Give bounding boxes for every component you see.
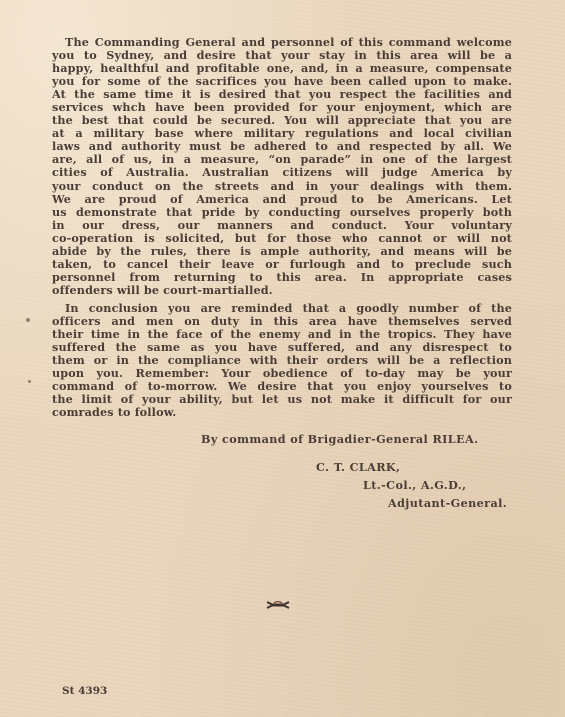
text-line: abide by the rules, there is ample autho… (52, 245, 512, 258)
printer-ornament-icon (265, 598, 291, 612)
text-line: co-operation is solicited, but for those… (52, 232, 512, 245)
signature-name: C. T. CLARK, (316, 460, 400, 474)
text-line: us demonstrate that pride by conducting … (52, 206, 512, 219)
paragraph-welcome: The Commanding General and personnel of … (52, 36, 512, 297)
signature-command-line: By command of Brigadier-General RILEA. (201, 432, 478, 446)
text-line: offenders will be court-martialled. (52, 284, 512, 297)
text-line: personnel from returning to this area. I… (52, 271, 512, 284)
signature-title: Adjutant-General. (388, 496, 507, 510)
signature-rank: Lt.-Col., A.G.D., (363, 478, 466, 492)
form-number: St 4393 (62, 685, 107, 697)
text-line: We are proud of America and proud to be … (52, 193, 512, 206)
text-line: your conduct on the streets and in your … (52, 180, 512, 193)
text-line: taken, to cancel their leave or furlough… (52, 258, 512, 271)
text-line: in our dress, our manners and conduct. Y… (52, 219, 512, 232)
text-line: comrades to follow. (52, 406, 512, 419)
paper-blemish (26, 318, 30, 322)
paper-blemish (28, 380, 31, 383)
document-page: The Commanding General and personnel of … (0, 0, 565, 717)
text-line: cities of Australia. Australian citizens… (52, 166, 512, 179)
paragraph-conclusion: In conclusion you are reminded that a go… (52, 302, 512, 419)
